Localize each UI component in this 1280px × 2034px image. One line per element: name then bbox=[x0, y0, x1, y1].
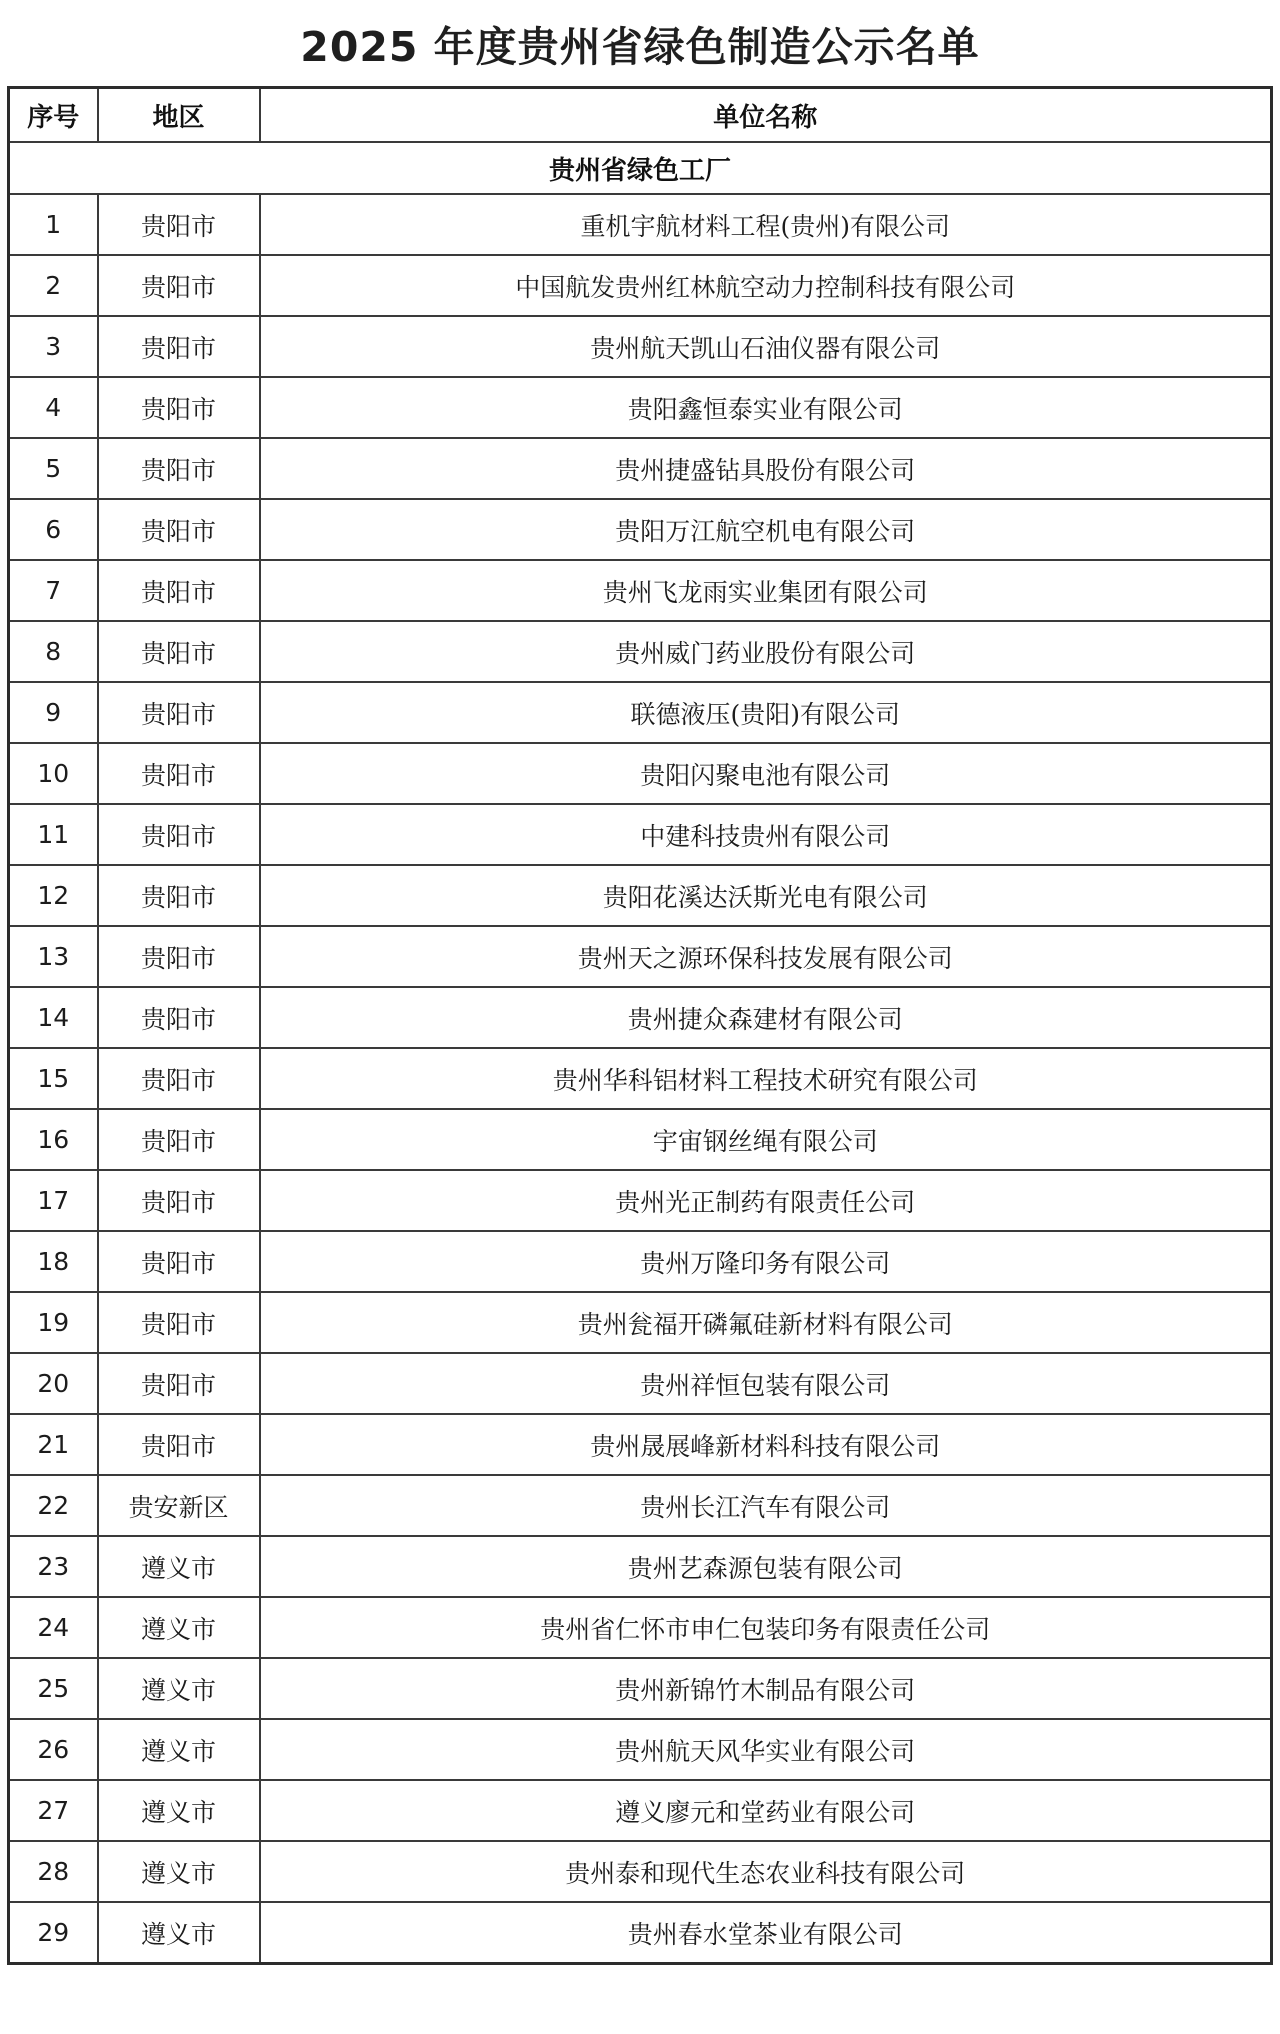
row-index-cell: 23 bbox=[9, 1536, 98, 1597]
row-region-cell: 贵阳市 bbox=[98, 743, 260, 804]
row-region-cell: 贵阳市 bbox=[98, 682, 260, 743]
row-region-cell: 贵阳市 bbox=[98, 499, 260, 560]
row-region-cell: 贵阳市 bbox=[98, 194, 260, 255]
row-region-cell: 遵义市 bbox=[98, 1841, 260, 1902]
row-company-cell: 联德液压(贵阳)有限公司 bbox=[260, 682, 1272, 743]
table-row: 22 贵安新区 贵州长江汽车有限公司 bbox=[9, 1475, 1272, 1536]
row-region-cell: 遵义市 bbox=[98, 1902, 260, 1964]
table-row: 16 贵阳市 宇宙钢丝绳有限公司 bbox=[9, 1109, 1272, 1170]
row-company-cell: 贵州省仁怀市申仁包装印务有限责任公司 bbox=[260, 1597, 1272, 1658]
row-company-cell: 贵州晟展峰新材料科技有限公司 bbox=[260, 1414, 1272, 1475]
row-index-cell: 18 bbox=[9, 1231, 98, 1292]
row-company-cell: 贵州飞龙雨实业集团有限公司 bbox=[260, 560, 1272, 621]
table-row: 1 贵阳市 重机宇航材料工程(贵州)有限公司 bbox=[9, 194, 1272, 255]
row-index-cell: 28 bbox=[9, 1841, 98, 1902]
table-row: 14 贵阳市 贵州捷众森建材有限公司 bbox=[9, 987, 1272, 1048]
table-row: 6 贵阳市 贵阳万江航空机电有限公司 bbox=[9, 499, 1272, 560]
row-index-cell: 5 bbox=[9, 438, 98, 499]
table-row: 20 贵阳市 贵州祥恒包装有限公司 bbox=[9, 1353, 1272, 1414]
row-index-cell: 27 bbox=[9, 1780, 98, 1841]
row-region-cell: 贵阳市 bbox=[98, 926, 260, 987]
green-manufacturing-table: 序号 地区 单位名称 贵州省绿色工厂 1 贵阳市 重机宇航材料工程(贵州)有限公… bbox=[7, 86, 1273, 1965]
table-row: 4 贵阳市 贵阳鑫恒泰实业有限公司 bbox=[9, 377, 1272, 438]
row-region-cell: 贵阳市 bbox=[98, 621, 260, 682]
row-index-cell: 15 bbox=[9, 1048, 98, 1109]
row-company-cell: 贵州捷盛钻具股份有限公司 bbox=[260, 438, 1272, 499]
row-company-cell: 贵阳鑫恒泰实业有限公司 bbox=[260, 377, 1272, 438]
row-region-cell: 贵阳市 bbox=[98, 1109, 260, 1170]
row-region-cell: 贵阳市 bbox=[98, 1170, 260, 1231]
row-company-cell: 中国航发贵州红林航空动力控制科技有限公司 bbox=[260, 255, 1272, 316]
section-band: 贵州省绿色工厂 bbox=[9, 142, 1272, 194]
document-page: 2025 年度贵州省绿色制造公示名单 序号 地区 单位名称 贵州省绿色工厂 1 … bbox=[7, 0, 1273, 1965]
row-index-cell: 3 bbox=[9, 316, 98, 377]
table-row: 2 贵阳市 中国航发贵州红林航空动力控制科技有限公司 bbox=[9, 255, 1272, 316]
row-region-cell: 贵阳市 bbox=[98, 1292, 260, 1353]
row-region-cell: 贵阳市 bbox=[98, 560, 260, 621]
row-region-cell: 遵义市 bbox=[98, 1780, 260, 1841]
table-row: 5 贵阳市 贵州捷盛钻具股份有限公司 bbox=[9, 438, 1272, 499]
row-index-cell: 26 bbox=[9, 1719, 98, 1780]
row-company-cell: 贵阳闪聚电池有限公司 bbox=[260, 743, 1272, 804]
row-index-cell: 22 bbox=[9, 1475, 98, 1536]
row-company-cell: 贵州泰和现代生态农业科技有限公司 bbox=[260, 1841, 1272, 1902]
row-company-cell: 贵州祥恒包装有限公司 bbox=[260, 1353, 1272, 1414]
table-row: 21 贵阳市 贵州晟展峰新材料科技有限公司 bbox=[9, 1414, 1272, 1475]
row-region-cell: 遵义市 bbox=[98, 1536, 260, 1597]
row-index-cell: 29 bbox=[9, 1902, 98, 1964]
row-company-cell: 贵州艺森源包装有限公司 bbox=[260, 1536, 1272, 1597]
table-row: 13 贵阳市 贵州天之源环保科技发展有限公司 bbox=[9, 926, 1272, 987]
page-title: 2025 年度贵州省绿色制造公示名单 bbox=[300, 14, 979, 73]
table-row: 11 贵阳市 中建科技贵州有限公司 bbox=[9, 804, 1272, 865]
row-company-cell: 贵州新锦竹木制品有限公司 bbox=[260, 1658, 1272, 1719]
row-index-cell: 11 bbox=[9, 804, 98, 865]
row-index-cell: 2 bbox=[9, 255, 98, 316]
row-region-cell: 贵阳市 bbox=[98, 377, 260, 438]
row-index-cell: 13 bbox=[9, 926, 98, 987]
column-header-index: 序号 bbox=[9, 88, 98, 143]
row-index-cell: 1 bbox=[9, 194, 98, 255]
row-region-cell: 贵阳市 bbox=[98, 255, 260, 316]
row-index-cell: 19 bbox=[9, 1292, 98, 1353]
row-index-cell: 10 bbox=[9, 743, 98, 804]
row-company-cell: 贵州光正制药有限责任公司 bbox=[260, 1170, 1272, 1231]
row-company-cell: 贵州长江汽车有限公司 bbox=[260, 1475, 1272, 1536]
table-row: 27 遵义市 遵义廖元和堂药业有限公司 bbox=[9, 1780, 1272, 1841]
row-company-cell: 贵阳花溪达沃斯光电有限公司 bbox=[260, 865, 1272, 926]
row-index-cell: 24 bbox=[9, 1597, 98, 1658]
row-company-cell: 贵阳万江航空机电有限公司 bbox=[260, 499, 1272, 560]
row-company-cell: 贵州天之源环保科技发展有限公司 bbox=[260, 926, 1272, 987]
section-header-green-factory: 贵州省绿色工厂 bbox=[9, 142, 1272, 194]
table-row: 7 贵阳市 贵州飞龙雨实业集团有限公司 bbox=[9, 560, 1272, 621]
row-company-cell: 宇宙钢丝绳有限公司 bbox=[260, 1109, 1272, 1170]
row-index-cell: 6 bbox=[9, 499, 98, 560]
row-region-cell: 贵阳市 bbox=[98, 804, 260, 865]
row-company-cell: 贵州万隆印务有限公司 bbox=[260, 1231, 1272, 1292]
row-index-cell: 17 bbox=[9, 1170, 98, 1231]
row-company-cell: 重机宇航材料工程(贵州)有限公司 bbox=[260, 194, 1272, 255]
table-body: 1 贵阳市 重机宇航材料工程(贵州)有限公司 2 贵阳市 中国航发贵州红林航空动… bbox=[9, 194, 1272, 1964]
row-company-cell: 贵州华科铝材料工程技术研究有限公司 bbox=[260, 1048, 1272, 1109]
row-region-cell: 贵阳市 bbox=[98, 987, 260, 1048]
row-index-cell: 9 bbox=[9, 682, 98, 743]
table-row: 17 贵阳市 贵州光正制药有限责任公司 bbox=[9, 1170, 1272, 1231]
table-row: 9 贵阳市 联德液压(贵阳)有限公司 bbox=[9, 682, 1272, 743]
row-region-cell: 贵阳市 bbox=[98, 438, 260, 499]
row-region-cell: 贵阳市 bbox=[98, 1414, 260, 1475]
row-region-cell: 贵阳市 bbox=[98, 1231, 260, 1292]
table-row: 3 贵阳市 贵州航天凯山石油仪器有限公司 bbox=[9, 316, 1272, 377]
column-header-company: 单位名称 bbox=[260, 88, 1272, 143]
table-row: 8 贵阳市 贵州威门药业股份有限公司 bbox=[9, 621, 1272, 682]
table-row: 10 贵阳市 贵阳闪聚电池有限公司 bbox=[9, 743, 1272, 804]
table-row: 23 遵义市 贵州艺森源包装有限公司 bbox=[9, 1536, 1272, 1597]
column-header-region: 地区 bbox=[98, 88, 260, 143]
table-header: 序号 地区 单位名称 bbox=[9, 88, 1272, 143]
row-company-cell: 贵州春水堂茶业有限公司 bbox=[260, 1902, 1272, 1964]
row-region-cell: 贵阳市 bbox=[98, 1048, 260, 1109]
table-row: 19 贵阳市 贵州瓮福开磷氟硅新材料有限公司 bbox=[9, 1292, 1272, 1353]
table-row: 26 遵义市 贵州航天风华实业有限公司 bbox=[9, 1719, 1272, 1780]
row-company-cell: 遵义廖元和堂药业有限公司 bbox=[260, 1780, 1272, 1841]
table-row: 29 遵义市 贵州春水堂茶业有限公司 bbox=[9, 1902, 1272, 1964]
table-row: 15 贵阳市 贵州华科铝材料工程技术研究有限公司 bbox=[9, 1048, 1272, 1109]
table-row: 18 贵阳市 贵州万隆印务有限公司 bbox=[9, 1231, 1272, 1292]
row-company-cell: 贵州航天风华实业有限公司 bbox=[260, 1719, 1272, 1780]
table-row: 25 遵义市 贵州新锦竹木制品有限公司 bbox=[9, 1658, 1272, 1719]
row-company-cell: 贵州瓮福开磷氟硅新材料有限公司 bbox=[260, 1292, 1272, 1353]
row-index-cell: 20 bbox=[9, 1353, 98, 1414]
row-region-cell: 遵义市 bbox=[98, 1597, 260, 1658]
row-company-cell: 贵州捷众森建材有限公司 bbox=[260, 987, 1272, 1048]
row-index-cell: 4 bbox=[9, 377, 98, 438]
row-region-cell: 遵义市 bbox=[98, 1658, 260, 1719]
row-region-cell: 遵义市 bbox=[98, 1719, 260, 1780]
row-index-cell: 8 bbox=[9, 621, 98, 682]
row-region-cell: 贵阳市 bbox=[98, 316, 260, 377]
row-index-cell: 16 bbox=[9, 1109, 98, 1170]
table-row: 24 遵义市 贵州省仁怀市申仁包装印务有限责任公司 bbox=[9, 1597, 1272, 1658]
row-index-cell: 12 bbox=[9, 865, 98, 926]
row-company-cell: 贵州威门药业股份有限公司 bbox=[260, 621, 1272, 682]
row-index-cell: 21 bbox=[9, 1414, 98, 1475]
row-region-cell: 贵阳市 bbox=[98, 1353, 260, 1414]
row-index-cell: 25 bbox=[9, 1658, 98, 1719]
row-index-cell: 14 bbox=[9, 987, 98, 1048]
row-region-cell: 贵安新区 bbox=[98, 1475, 260, 1536]
header-row: 序号 地区 单位名称 bbox=[9, 88, 1272, 143]
row-region-cell: 贵阳市 bbox=[98, 865, 260, 926]
title-block: 2025 年度贵州省绿色制造公示名单 bbox=[7, 0, 1273, 86]
table-row: 28 遵义市 贵州泰和现代生态农业科技有限公司 bbox=[9, 1841, 1272, 1902]
row-company-cell: 贵州航天凯山石油仪器有限公司 bbox=[260, 316, 1272, 377]
row-index-cell: 7 bbox=[9, 560, 98, 621]
table-row: 12 贵阳市 贵阳花溪达沃斯光电有限公司 bbox=[9, 865, 1272, 926]
row-company-cell: 中建科技贵州有限公司 bbox=[260, 804, 1272, 865]
section-row: 贵州省绿色工厂 bbox=[9, 142, 1272, 194]
